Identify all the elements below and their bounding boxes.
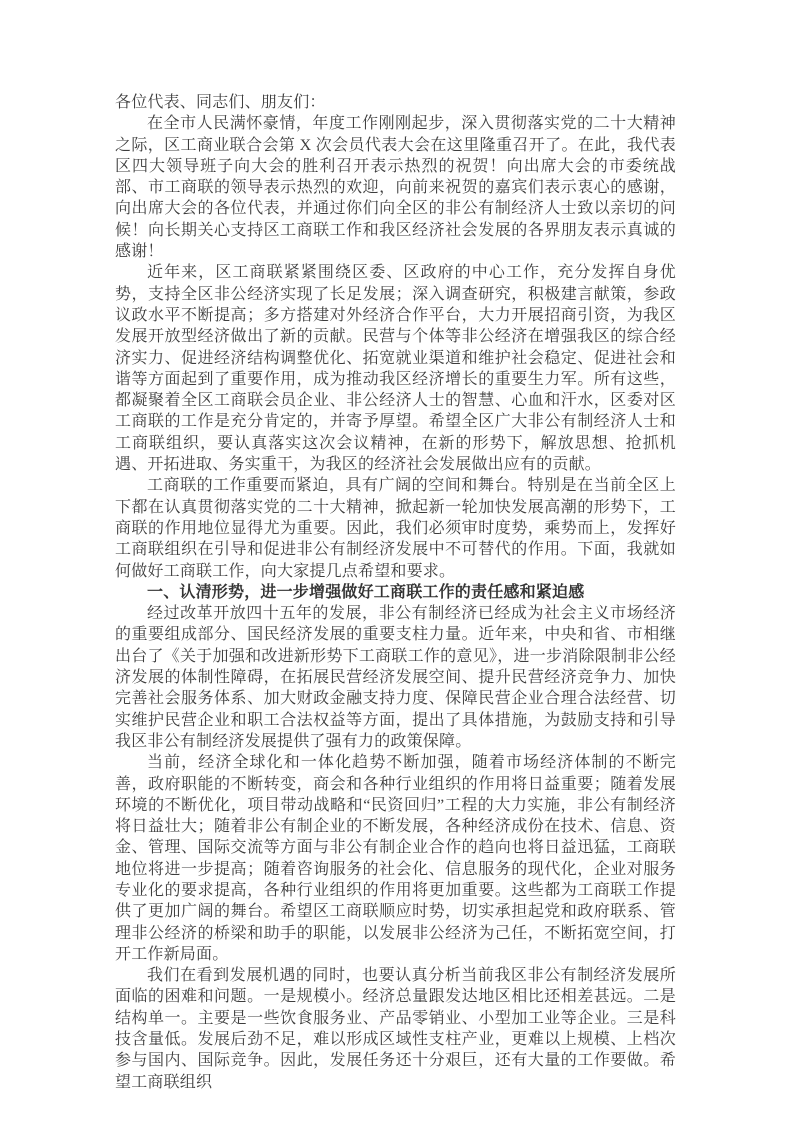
paragraph: 近年来，区工商联紧紧围绕区委、区政府的中心工作，充分发挥自身优势，支持全区非公经… bbox=[115, 262, 676, 475]
document-page: 各位代表、同志们、朋友们：在全市人民满怀豪情，年度工作刚刚起步，深入贯彻落实党的… bbox=[0, 0, 793, 1122]
salutation-line: 各位代表、同志们、朋友们： bbox=[115, 92, 676, 113]
paragraph: 当前，经济全球化和一体化趋势不断加强，随着市场经济体制的不断完善，政府职能的不断… bbox=[115, 752, 676, 965]
paragraph: 我们在看到发展机遇的同时，也要认真分析当前我区非公有制经济发展所面临的困难和问题… bbox=[115, 965, 676, 1093]
section-heading: 一、认清形势，进一步增强做好工商联工作的责任感和紧迫感 bbox=[115, 582, 676, 603]
paragraph: 工商联的工作重要而紧迫，具有广阔的空间和舞台。特别是在当前全区上下都在认真贯彻落… bbox=[115, 475, 676, 581]
paragraph: 经过改革开放四十五年的发展，非公有制经济已经成为社会主义市场经济的重要组成部分、… bbox=[115, 603, 676, 752]
paragraph: 在全市人民满怀豪情，年度工作刚刚起步，深入贯彻落实党的二十大精神之际，区工商业联… bbox=[115, 113, 676, 262]
document-body: 各位代表、同志们、朋友们：在全市人民满怀豪情，年度工作刚刚起步，深入贯彻落实党的… bbox=[115, 92, 676, 1093]
